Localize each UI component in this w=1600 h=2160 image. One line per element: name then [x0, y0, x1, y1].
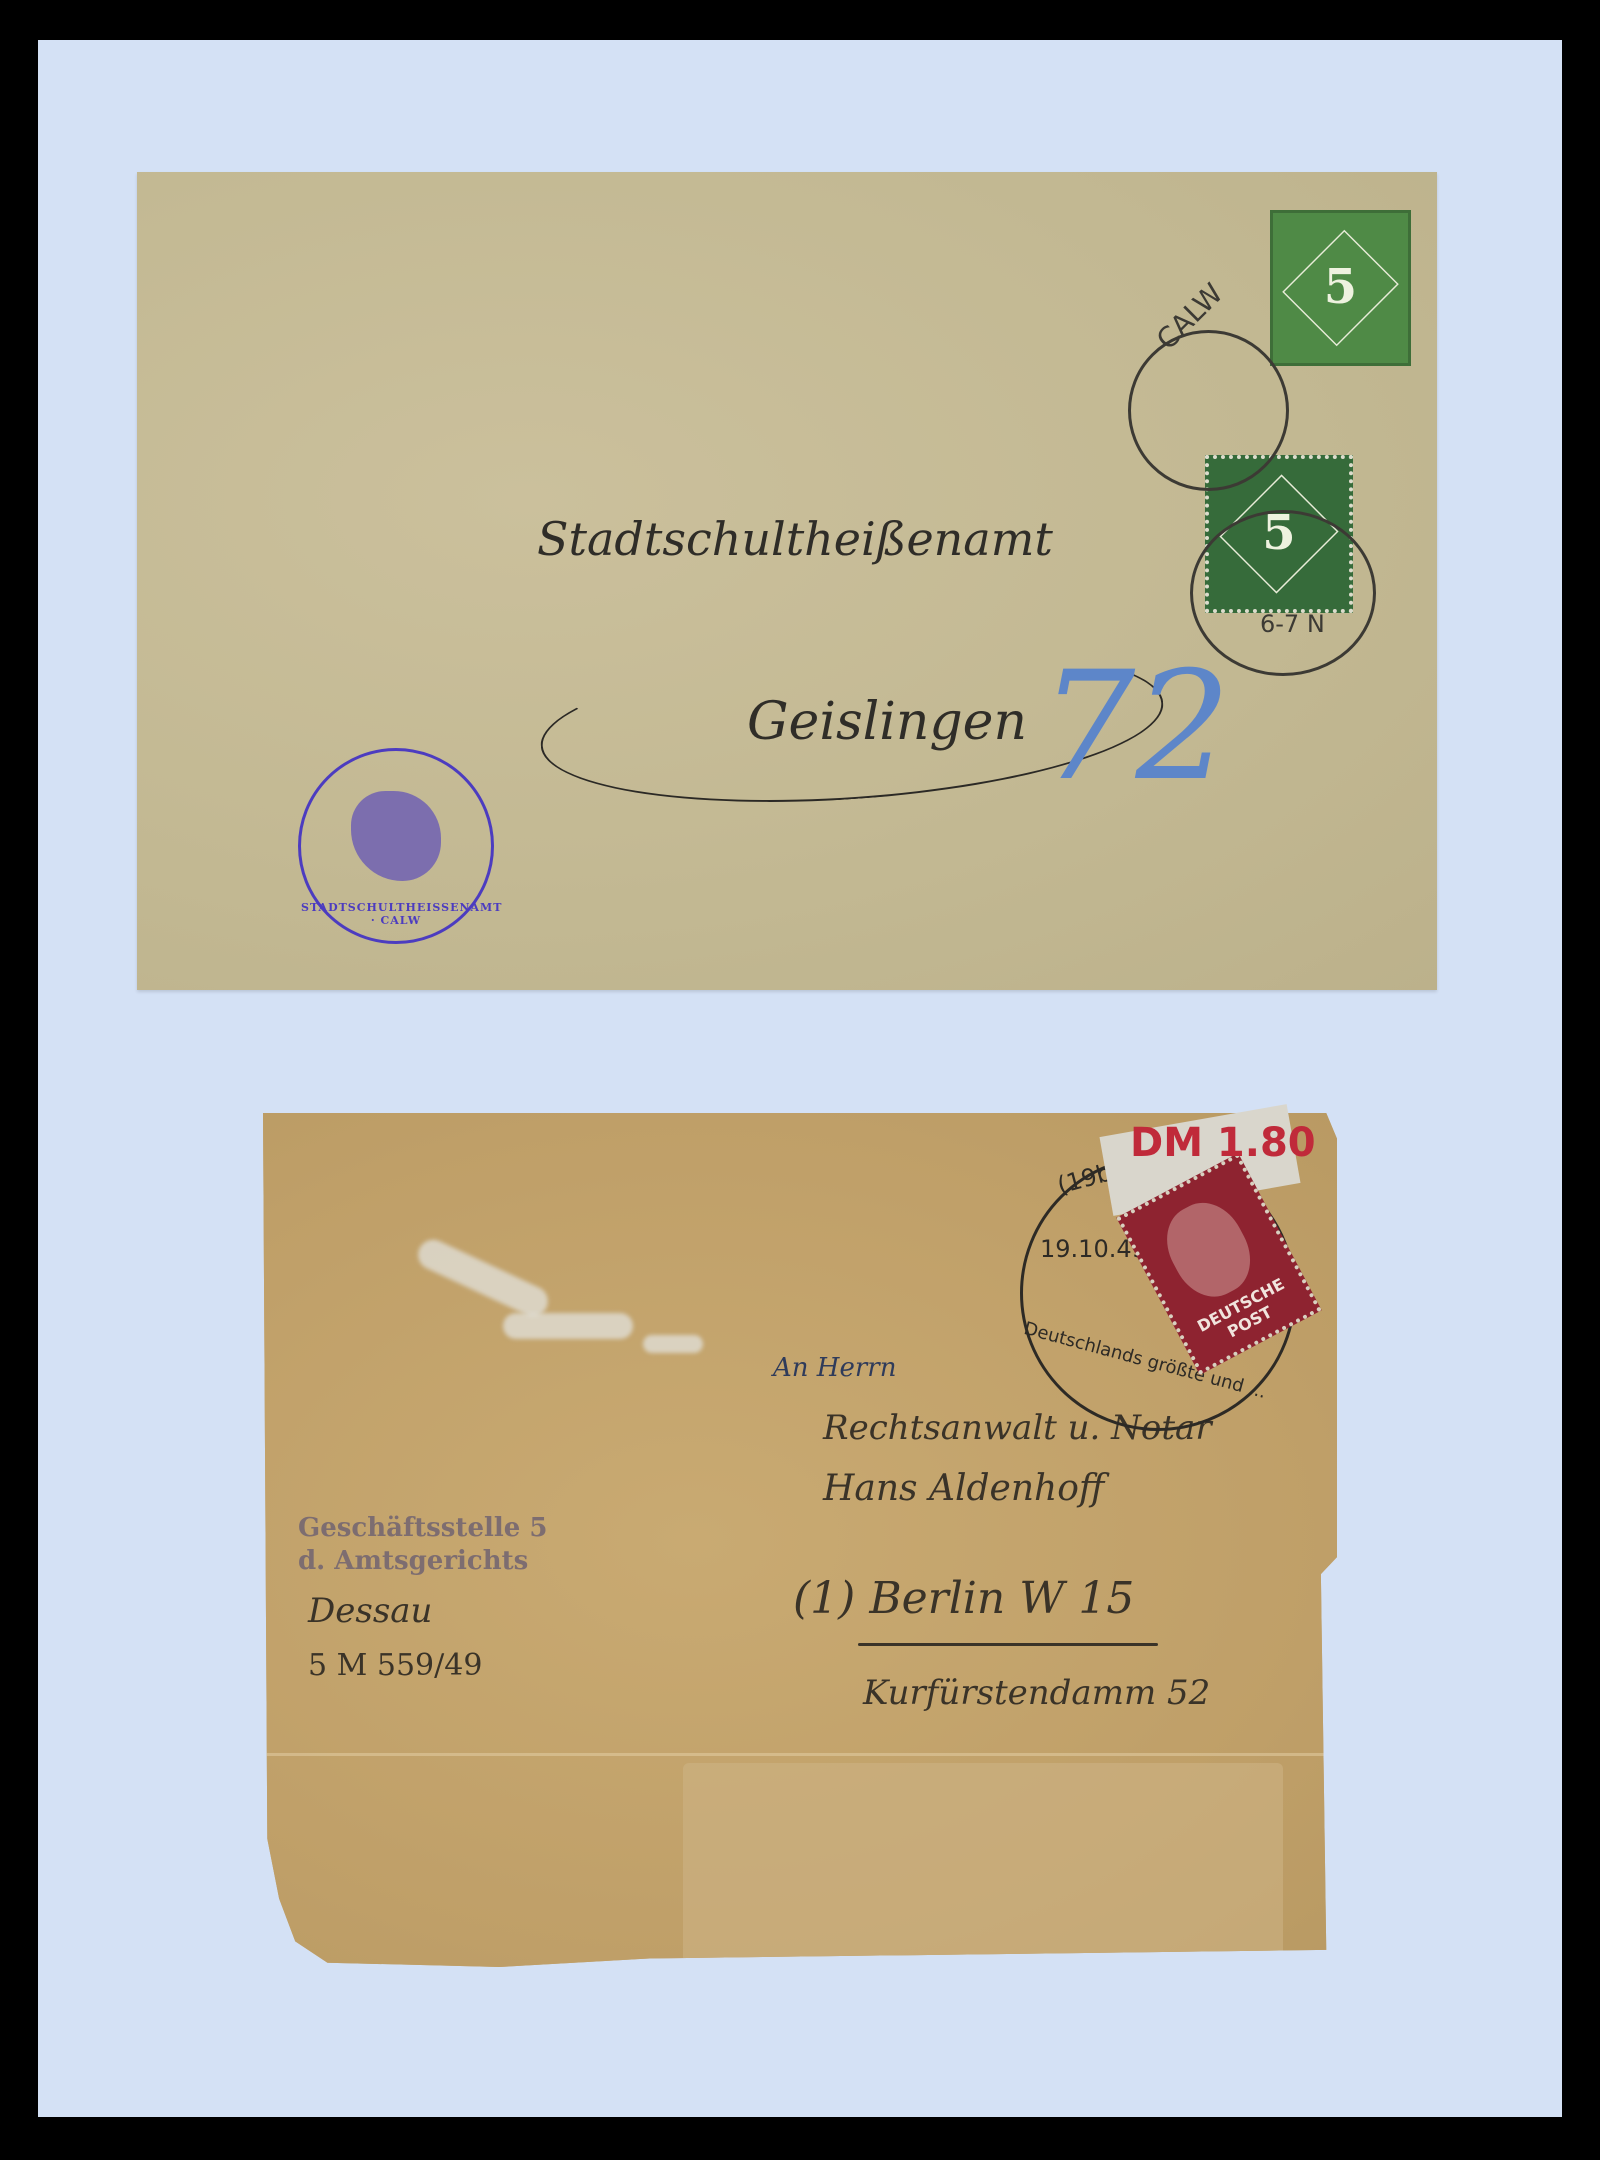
calw-postmark-2-time: 6-7 N — [1260, 610, 1325, 638]
city-underline — [858, 1643, 1158, 1646]
sender-stamp-line-2: d. Amtsgerichts — [298, 1546, 528, 1576]
case-number: 5 M 559/49 — [308, 1648, 482, 1683]
blue-crayon-mark: 72 — [1040, 640, 1231, 814]
stadtschultheissenamt-seal: STADTSCHULTHEISSENAMT · CALW — [298, 748, 494, 944]
sender-stamp-line-1: Geschäftsstelle 5 — [298, 1513, 547, 1543]
recipient-name: Hans Aldenhoff — [823, 1468, 1104, 1509]
sender-city: Dessau — [308, 1591, 432, 1631]
recipient-salutation: An Herrn — [773, 1353, 896, 1383]
imprinted-5-pfennig-stamp: 5 — [1270, 210, 1411, 366]
surcharge-overprint: DM 1.80 — [1130, 1120, 1316, 1166]
calw-postmark-1 — [1128, 330, 1289, 491]
address-line-1: Stadtschultheißenamt — [537, 512, 1053, 566]
recipient-city: (1) Berlin W 15 — [793, 1573, 1134, 1624]
coat-of-arms-icon — [351, 791, 441, 881]
recipient-street: Kurfürstendamm 52 — [863, 1673, 1210, 1713]
